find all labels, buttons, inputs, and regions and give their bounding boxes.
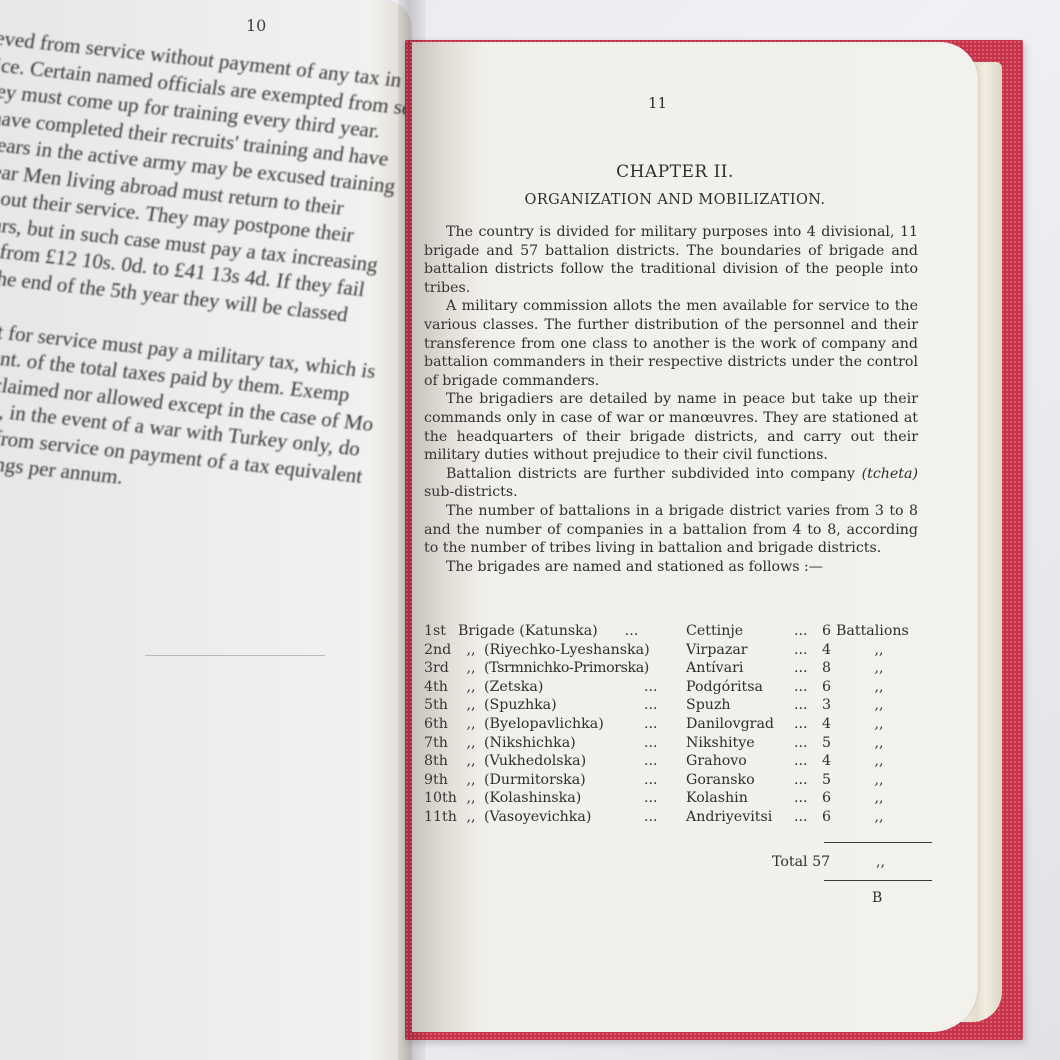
table-row: 2nd ,,(Riyechko-Lyeshanska) Virpazar ...…	[424, 641, 924, 660]
leader-dots: ...	[794, 678, 822, 697]
table-row: 9th ,,(Durmitorska)... Goransko ... 5 ,,	[424, 771, 924, 790]
ditto-mark: ,,	[836, 789, 922, 808]
table-row: 11th ,,(Vasoyevichka)... Andriyevitsi ..…	[424, 808, 924, 827]
brigade-name: ,,(Kolashinska)...	[458, 789, 686, 808]
station: Nikshitye	[686, 734, 794, 753]
battalion-count: 4	[822, 641, 836, 660]
brigade-name: Brigade (Katunska) ...	[458, 622, 686, 641]
brigade-name: ,,(Vukhedolska)...	[458, 752, 686, 771]
chapter-title: ORGANIZATION AND MOBILIZATION.	[424, 192, 926, 208]
battalion-count: 5	[822, 734, 836, 753]
leader-dots: ...	[794, 808, 822, 827]
station: Grahovo	[686, 752, 794, 771]
table-row: 7th ,,(Nikshichka)... Nikshitye ... 5 ,,	[424, 734, 924, 753]
brigade-region: (Nikshichka)	[484, 734, 644, 753]
brigade-name: ,,(Vasoyevichka)...	[458, 808, 686, 827]
leader-dots: ...	[644, 753, 658, 769]
battalion-count: 6	[822, 622, 836, 641]
station: Kolashin	[686, 789, 794, 808]
battalion-count: 8	[822, 659, 836, 678]
left-page-number: 10	[246, 16, 266, 35]
brigade-name: ,,(Durmitorska)...	[458, 771, 686, 790]
left-page: 10 ieved from service without payment of…	[0, 0, 412, 1060]
station: Danilovgrad	[686, 715, 794, 734]
table-row: 6th ,,(Byelopavlichka)... Danilovgrad ..…	[424, 715, 924, 734]
table-row: 4th ,,(Zetska)... Podgóritsa ... 6 ,,	[424, 678, 924, 697]
italic-term: (tcheta)	[862, 466, 918, 482]
paragraph: The brigades are named and stationed as …	[424, 558, 918, 577]
battalion-count: 3	[822, 696, 836, 715]
station: Podgóritsa	[686, 678, 794, 697]
spine-shadow	[412, 42, 482, 1032]
total-rule-top	[824, 842, 932, 843]
ditto-mark: ,,	[836, 715, 922, 734]
total-label: Total 57	[772, 854, 830, 870]
leader-dots: ...	[794, 696, 822, 715]
leader-dots: ...	[794, 771, 822, 790]
brigade-name: ,,(Tsrmnichko-Primorska)	[458, 659, 686, 678]
paragraph-text: Battalion districts are further subdivid…	[446, 466, 855, 482]
table-row: 8th ,,(Vukhedolska)... Grahovo ... 4 ,,	[424, 752, 924, 771]
leader-dots: ...	[794, 659, 822, 678]
brigade-region: (Tsrmnichko-Primorska)	[484, 660, 649, 676]
ditto-mark: ,,	[836, 752, 922, 771]
brigade-region: (Durmitorska)	[484, 771, 644, 790]
brigade-region: (Byelopavlichka)	[484, 715, 644, 734]
body-text: The country is divided for military purp…	[424, 223, 918, 576]
paragraph: The country is divided for military purp…	[424, 223, 918, 297]
brigade-region: (Vukhedolska)	[484, 752, 644, 771]
chapter-heading: CHAPTER II.	[424, 162, 926, 182]
right-page: 11 CHAPTER II. ORGANIZATION AND MOBILIZA…	[412, 42, 978, 1032]
leader-dots: ...	[794, 622, 822, 641]
station: Cettinje	[686, 622, 794, 641]
leader-dots: ...	[794, 715, 822, 734]
leader-dots: ...	[794, 641, 822, 660]
table-row: 5th ,,(Spuzhka)... Spuzh ... 3 ,,	[424, 696, 924, 715]
brigade-region: (Zetska)	[484, 678, 644, 697]
leader-dots: ...	[625, 623, 639, 639]
brigade-region: (Vasoyevichka)	[484, 808, 644, 827]
leader-dots: ...	[644, 716, 658, 732]
paragraph: A military commission allots the men ava…	[424, 297, 918, 390]
ditto-mark: ,,	[836, 696, 922, 715]
paragraph: The brigadiers are detailed by name in p…	[424, 390, 918, 464]
battalion-count: 6	[822, 678, 836, 697]
unit: Battalions	[836, 622, 922, 641]
leader-dots: ...	[794, 752, 822, 771]
paragraph: The number of battalions in a brigade di…	[424, 502, 918, 558]
station: Goransko	[686, 771, 794, 790]
ditto-mark: ,,	[836, 641, 922, 660]
brigade-name: ,,(Spuzhka)...	[458, 696, 686, 715]
paragraph: Battalion districts are further subdivid…	[424, 465, 918, 502]
leader-dots: ...	[644, 735, 658, 751]
ditto-mark: ,,	[836, 808, 922, 827]
leader-dots: ...	[644, 697, 658, 713]
station: Spuzh	[686, 696, 794, 715]
brigade-region: (Spuzhka)	[484, 696, 644, 715]
leader-dots: ...	[644, 772, 658, 788]
right-page-number: 11	[648, 94, 667, 112]
battalion-count: 6	[822, 808, 836, 827]
table-row: 1st Brigade (Katunska) ... Cettinje ... …	[424, 622, 924, 641]
station: Andriyevitsi	[686, 808, 794, 827]
leader-dots: ...	[644, 809, 658, 825]
brigade-name: ,,(Nikshichka)...	[458, 734, 686, 753]
table-row: 10th ,,(Kolashinska)... Kolashin ... 6 ,…	[424, 789, 924, 808]
brigade-name: ,,(Zetska)...	[458, 678, 686, 697]
brigade-name: ,,(Riyechko-Lyeshanska)	[458, 641, 686, 660]
brigade-region: (Kolashinska)	[484, 789, 644, 808]
ditto-mark: ,,	[836, 659, 922, 678]
show-through-rule	[145, 655, 325, 656]
ditto-mark: ,,	[836, 678, 922, 697]
battalion-count: 4	[822, 752, 836, 771]
total-rule-bottom	[824, 880, 932, 881]
leader-dots: ...	[644, 679, 658, 695]
total-ditto-mark: ,,	[876, 854, 885, 870]
left-page-text: ieved from service without payment of an…	[0, 24, 412, 515]
station: Virpazar	[686, 641, 794, 660]
battalion-count: 6	[822, 789, 836, 808]
brigade-region: (Riyechko-Lyeshanska)	[484, 642, 650, 658]
signature-mark: B	[872, 890, 882, 906]
leader-dots: ...	[644, 790, 658, 806]
brigade-region: (Katunska)	[519, 623, 597, 639]
leader-dots: ...	[794, 789, 822, 808]
ditto-mark: ,,	[836, 734, 922, 753]
ditto-mark: ,,	[836, 771, 922, 790]
battalion-count: 5	[822, 771, 836, 790]
brigade-table: 1st Brigade (Katunska) ... Cettinje ... …	[424, 622, 924, 827]
brigade-name: ,,(Byelopavlichka)...	[458, 715, 686, 734]
leader-dots: ...	[794, 734, 822, 753]
station: Antívari	[686, 659, 794, 678]
table-row: 3rd ,,(Tsrmnichko-Primorska) Antívari ..…	[424, 659, 924, 678]
battalion-count: 4	[822, 715, 836, 734]
